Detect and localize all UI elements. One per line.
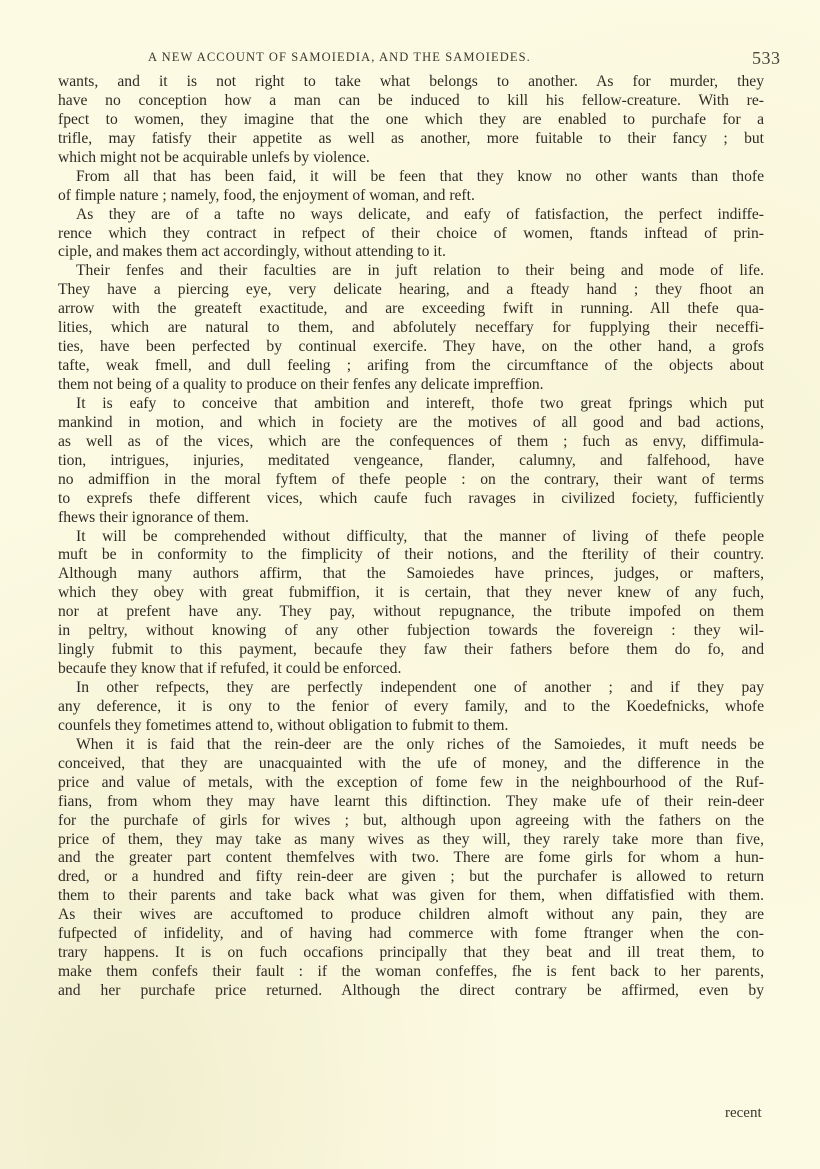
text-line: As their wives are accuftomed to produce… (58, 906, 764, 925)
body-text: wants, and it is not right to take what … (58, 73, 764, 1001)
text-line: for the purchafe of girls for wives ; bu… (58, 812, 764, 831)
text-line: have no conception how a man can be indu… (58, 92, 764, 111)
text-line: It will be comprehended without difficul… (58, 528, 764, 547)
text-line: ciple, and makes them act accordingly, w… (58, 243, 764, 262)
text-line: When it is faid that the rein-deer are t… (58, 736, 764, 755)
text-line: becaufe they know that if refufed, it co… (58, 660, 764, 679)
text-line: Their fenfes and their faculties are in … (58, 262, 764, 281)
text-line: price of them, they may take as many wiv… (58, 831, 764, 850)
text-line: ties, have been perfected by continual e… (58, 338, 764, 357)
text-line: in peltry, without knowing of any other … (58, 622, 764, 641)
text-line: fufpected of infidelity, and of having h… (58, 925, 764, 944)
text-line: It is eafy to conceive that ambition and… (58, 395, 764, 414)
text-line: dred, or a hundred and fifty rein-deer a… (58, 868, 764, 887)
text-line: any deference, it is ony to the fenior o… (58, 698, 764, 717)
text-line: fhews their ignorance of them. (58, 509, 764, 528)
text-line: lingly fubmit to this payment, becaufe t… (58, 641, 764, 660)
text-line: tafte, weak fmell, and dull feeling ; ar… (58, 357, 764, 376)
text-line: of fimple nature ; namely, food, the enj… (58, 187, 764, 206)
text-line: tion, intrigues, injuries, meditated ven… (58, 452, 764, 471)
text-line: as well as of the vices, which are the c… (58, 433, 764, 452)
text-line: mankind in motion, and which in fociety … (58, 414, 764, 433)
text-line: wants, and it is not right to take what … (58, 73, 764, 92)
running-title: A NEW ACCOUNT OF SAMOIEDIA, AND THE SAMO… (148, 50, 531, 65)
text-line: them to their parents and take back what… (58, 887, 764, 906)
text-line: which might not be acquirable unlefs by … (58, 149, 764, 168)
text-line: arrow with the greateft exactitude, and … (58, 300, 764, 319)
text-line: lities, which are natural to them, and a… (58, 319, 764, 338)
text-line: no admiffion in the moral fyftem of thef… (58, 471, 764, 490)
text-line: which they obey with great fubmiffion, i… (58, 584, 764, 603)
book-page: A NEW ACCOUNT OF SAMOIEDIA, AND THE SAMO… (0, 0, 820, 1169)
text-line: trifle, may fatisfy their appetite as we… (58, 130, 764, 149)
text-line: From all that has been faid, it will be … (58, 168, 764, 187)
text-line: fpect to women, they imagine that the on… (58, 111, 764, 130)
text-line: rence which they contract in refpect of … (58, 225, 764, 244)
text-line: muft be in conformity to the fimplicity … (58, 546, 764, 565)
catchword: recent (725, 1105, 762, 1122)
text-line: price and value of metals, with the exce… (58, 774, 764, 793)
text-line: fians, from whom they may have learnt th… (58, 793, 764, 812)
text-line: make them confefs their fault : if the w… (58, 963, 764, 982)
text-line: trary happens. It is on fuch occafions p… (58, 944, 764, 963)
running-head: A NEW ACCOUNT OF SAMOIEDIA, AND THE SAMO… (0, 48, 820, 70)
text-line: and her purchafe price returned. Althoug… (58, 982, 764, 1001)
text-line: Although many authors affirm, that the S… (58, 565, 764, 584)
text-line: to exprefs thefe different vices, which … (58, 490, 764, 509)
text-line: and the greater part content themfelves … (58, 849, 764, 868)
text-line: them not being of a quality to produce o… (58, 376, 764, 395)
text-line: counfels they fometimes attend to, witho… (58, 717, 764, 736)
text-line: In other refpects, they are perfectly in… (58, 679, 764, 698)
text-line: They have a piercing eye, very delicate … (58, 281, 764, 300)
text-line: nor at prefent have any. They pay, witho… (58, 603, 764, 622)
page-number: 533 (752, 48, 781, 69)
text-line: conceived, that they are unacquainted wi… (58, 755, 764, 774)
text-line: As they are of a tafte no ways delicate,… (58, 206, 764, 225)
